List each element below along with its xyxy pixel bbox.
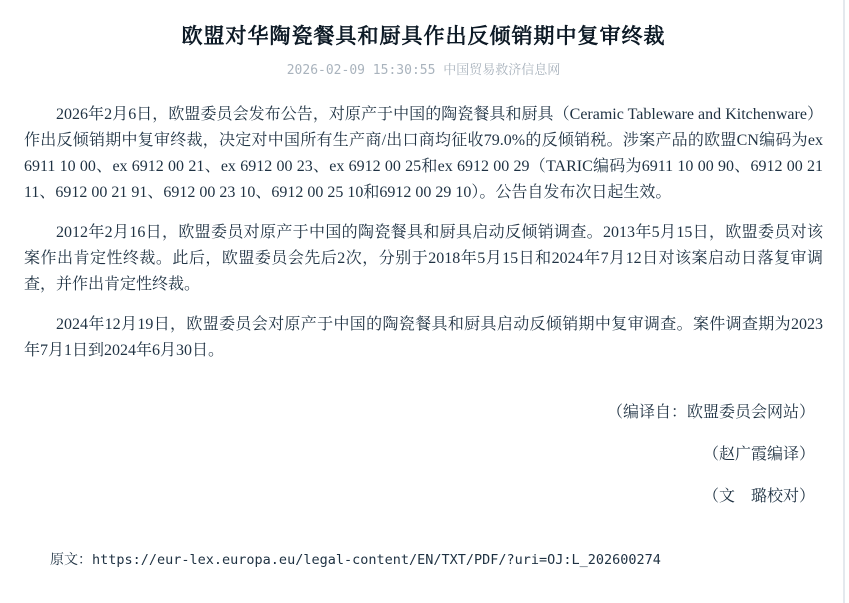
attribution-line-translator: （赵广霞编译） — [24, 442, 823, 468]
article-paragraph: 2012年2月16日，欧盟委员对原产于中国的陶瓷餐具和厨具启动反倾销调查。201… — [24, 220, 823, 298]
right-edge-divider — [843, 0, 845, 603]
page-title: 欧盟对华陶瓷餐具和厨具作出反倾销期中复审终裁 — [24, 22, 823, 50]
article-body: 2026年2月6日，欧盟委员会发布公告，对原产于中国的陶瓷餐具和厨具（Ceram… — [24, 102, 823, 364]
attribution-line-proofreader: （文 璐校对） — [24, 484, 823, 510]
source-url: https://eur-lex.europa.eu/legal-content/… — [92, 552, 661, 568]
source-label: 原文： — [50, 553, 92, 568]
attribution-block: （编译自：欧盟委员会网站） （赵广霞编译） （文 璐校对） — [24, 400, 823, 510]
article-meta-line: 2026-02-09 15:30:55 中国贸易救济信息网 — [24, 62, 823, 80]
article-paragraph: 2024年12月19日，欧盟委员会对原产于中国的陶瓷餐具和厨具启动反倾销期中复审… — [24, 312, 823, 364]
source-line: 原文：https://eur-lex.europa.eu/legal-conte… — [24, 550, 823, 571]
article-page: 欧盟对华陶瓷餐具和厨具作出反倾销期中复审终裁 2026-02-09 15:30:… — [0, 0, 849, 603]
article-paragraph: 2026年2月6日，欧盟委员会发布公告，对原产于中国的陶瓷餐具和厨具（Ceram… — [24, 102, 823, 206]
attribution-line-source: （编译自：欧盟委员会网站） — [24, 400, 823, 426]
